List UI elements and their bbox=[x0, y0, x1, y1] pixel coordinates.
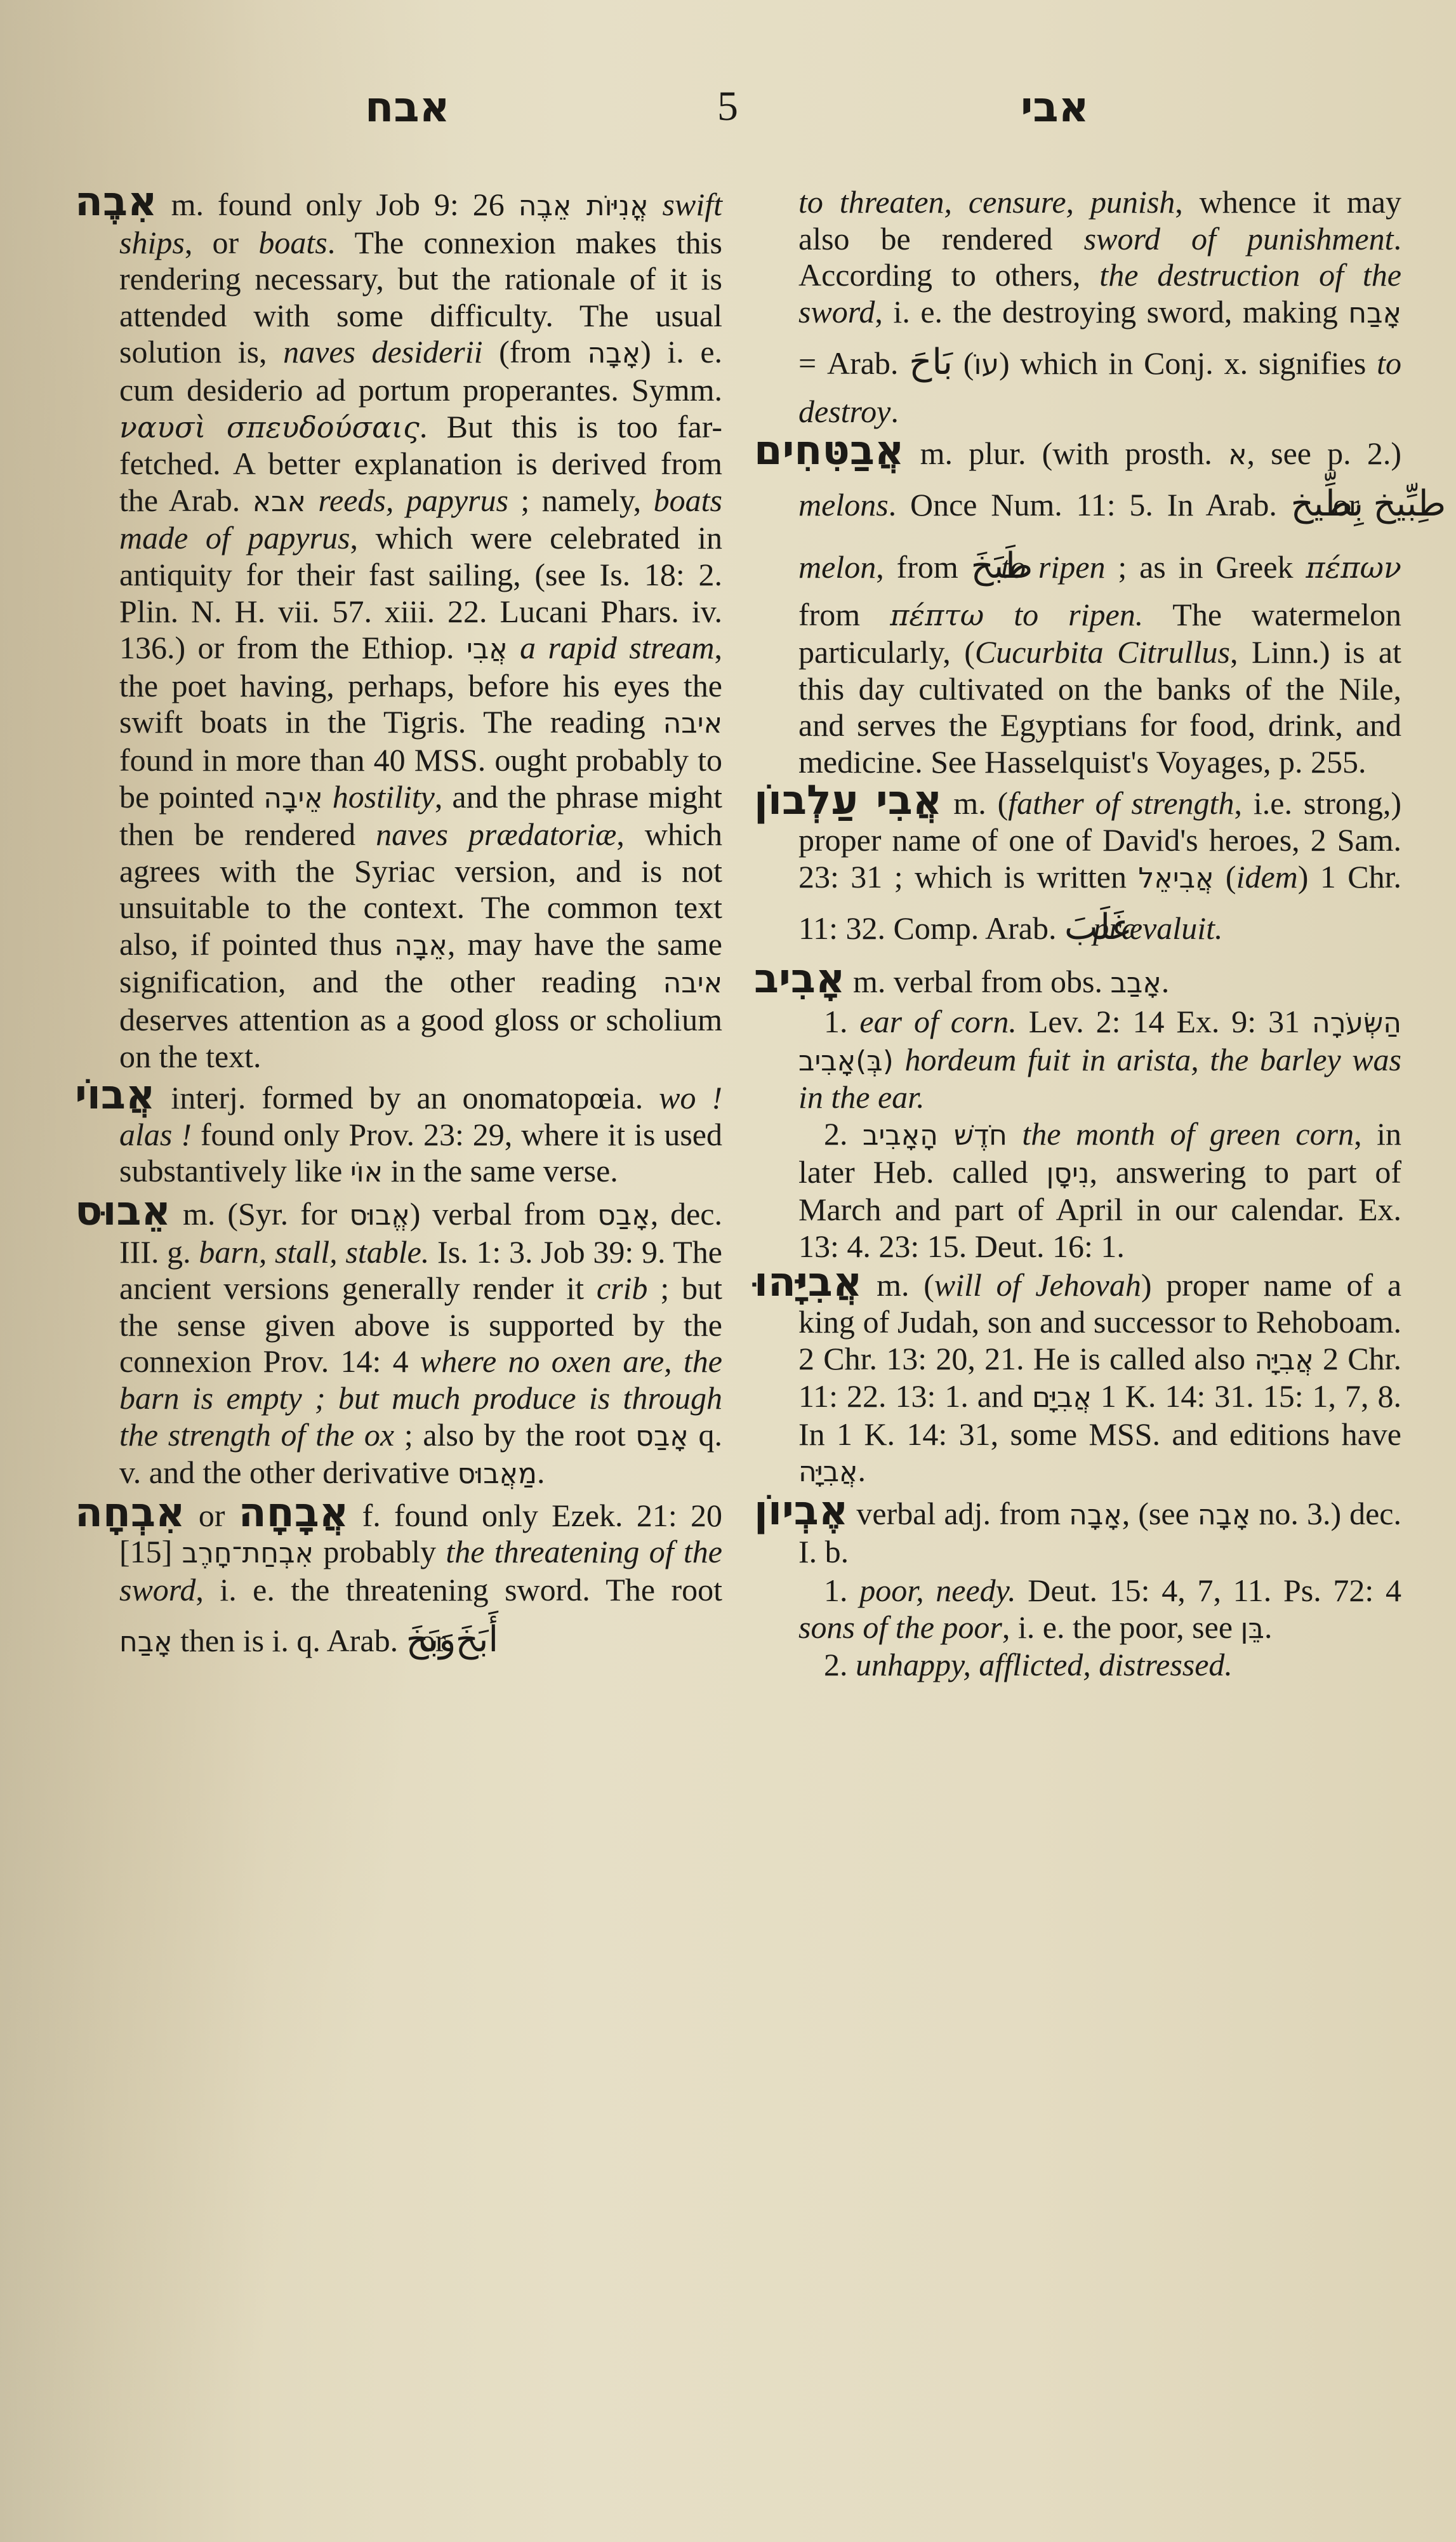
dictionary-entry: אֶבְיוֹן verbal adj. from אָבָה, (see אָ… bbox=[754, 1493, 1401, 1570]
entry-text: (from bbox=[483, 334, 588, 369]
hebrew-word: מַאֲבוּס bbox=[458, 1458, 537, 1490]
hebrew-word: איבה bbox=[663, 967, 722, 999]
hebrew-word: אָבַב bbox=[1110, 967, 1161, 999]
entry-text: . bbox=[1161, 964, 1170, 999]
italic-gloss: melons bbox=[798, 487, 889, 522]
italic-gloss: Cucurbita Citrullus bbox=[975, 634, 1230, 670]
hebrew-word: אֲבִיאֵל bbox=[1138, 862, 1214, 895]
dictionary-entry: אֲבוֹי interj. formed by an onomatopœia.… bbox=[75, 1077, 722, 1191]
italic-gloss: melon bbox=[798, 549, 876, 585]
italic-gloss: idem bbox=[1236, 859, 1298, 895]
entry-text: ) verbal from bbox=[410, 1196, 598, 1232]
hebrew-word: אֲבִיָּה bbox=[1254, 1344, 1313, 1376]
entry-text: m. verbal from obs. bbox=[845, 964, 1111, 999]
italic-gloss: will of Jehovah bbox=[934, 1267, 1141, 1303]
entry-text: 1. bbox=[824, 1573, 859, 1608]
hebrew-word: אֲבִי bbox=[467, 633, 508, 665]
entry-text: . bbox=[1264, 1609, 1273, 1645]
hebrew-word: אֵבָה bbox=[394, 929, 447, 962]
entry-text: , see p. 2.) bbox=[1247, 436, 1401, 471]
greek-word: πέπων bbox=[1306, 550, 1401, 585]
hebrew-word: עוֹ bbox=[974, 349, 999, 381]
headword: אֶבְיוֹן bbox=[754, 1487, 848, 1534]
entry-text: ; as in Greek bbox=[1105, 549, 1306, 585]
entry-text: m. (Syr. for bbox=[171, 1196, 349, 1232]
entry-text: ( bbox=[953, 345, 974, 381]
italic-gloss: to threaten, censure, punish bbox=[798, 184, 1175, 220]
italic-gloss: ear of corn. bbox=[859, 1004, 1016, 1039]
running-head: אבח 5 אבי bbox=[0, 83, 1456, 146]
arabic-word: بَاحَ bbox=[909, 331, 953, 394]
entry-text: , i. e. the destroying sword, making bbox=[875, 294, 1348, 329]
running-head-right: אבי bbox=[1021, 83, 1089, 131]
left-column: אִבֶה m. found only Job 9: 26 אֳנִיּוֹת … bbox=[75, 184, 722, 1673]
headword-variant: אֲבָחָה bbox=[239, 1489, 349, 1536]
italic-gloss: naves prædatoriæ bbox=[376, 816, 616, 852]
greek-word: ναυσὶ σπευδούσαις bbox=[119, 410, 420, 444]
hebrew-word: חֹדֶשׁ הָאָבִיב bbox=[863, 1119, 1007, 1152]
entry-text: m. ( bbox=[942, 785, 1008, 821]
hebrew-word: איבה bbox=[663, 707, 722, 740]
entry-text: ; namely, bbox=[508, 482, 654, 518]
entry-text: or bbox=[1319, 487, 1373, 522]
entry-text: . Once Num. 11: 5. In Arab. bbox=[889, 487, 1291, 522]
hebrew-word: אָבַס bbox=[597, 1199, 650, 1232]
hebrew-word: אָבַס bbox=[635, 1420, 688, 1453]
italic-gloss: naves desiderii bbox=[283, 334, 482, 369]
italic-gloss: hostility bbox=[323, 779, 435, 815]
dictionary-entry: אִבֶה m. found only Job 9: 26 אֳנִיּוֹת … bbox=[75, 184, 722, 1075]
dictionary-entry: אֵבוּס m. (Syr. for אֱבוּס) verbal from … bbox=[75, 1194, 722, 1493]
hebrew-word: נִיסָן bbox=[1046, 1157, 1089, 1190]
entry-text: , or bbox=[185, 225, 259, 260]
hebrew-word: בֵּן bbox=[1241, 1613, 1264, 1645]
entry-sense: 1. ear of corn. Lev. 2: 14 Ex. 9: 31 הַש… bbox=[754, 1004, 1401, 1116]
entry-text: = Arab. bbox=[798, 345, 909, 381]
entry-text: Deut. 15: 4, 7, 11. Ps. 72: 4 bbox=[1016, 1573, 1401, 1608]
entry-text: 2. bbox=[824, 1647, 856, 1682]
entry-text: or bbox=[185, 1498, 239, 1533]
dictionary-entry: אֲבִיָּהוּ m. (will of Jehovah) proper n… bbox=[754, 1265, 1401, 1491]
dictionary-entry: אֲבִי עַלְבוֹן m. (father of strength, i… bbox=[754, 783, 1401, 958]
hebrew-word: אָבַח bbox=[1348, 297, 1401, 329]
headword: אֵבוּס bbox=[75, 1188, 171, 1235]
italic-gloss: a rapid stream bbox=[508, 630, 715, 665]
entry-text: . bbox=[890, 394, 899, 429]
entry-text: interj. formed by an onomatopœia. bbox=[155, 1080, 659, 1115]
entry-sense: 1. poor, needy. Deut. 15: 4, 7, 11. Ps. … bbox=[754, 1573, 1401, 1647]
headword: אִבְחָה bbox=[75, 1489, 185, 1536]
entry-text: , i. e. the poor, see bbox=[1002, 1609, 1241, 1645]
italic-gloss: barn, stall, stable. bbox=[199, 1234, 429, 1270]
hebrew-word: אֱבוּס bbox=[349, 1199, 409, 1232]
italic-gloss: sons of the poor bbox=[798, 1609, 1002, 1645]
entry-text: , i. e. the threatening sword. The root bbox=[195, 1572, 722, 1607]
italic-gloss: prævaluit. bbox=[1085, 910, 1223, 946]
entry-text: m. found only Job 9: 26 bbox=[157, 187, 519, 222]
dictionary-entry: אָבִיב m. verbal from obs. אָבַב. bbox=[754, 961, 1401, 1002]
entry-text: 1. bbox=[824, 1004, 859, 1039]
italic-gloss: father of strength bbox=[1008, 785, 1234, 821]
hebrew-word: אֲבִיָּם bbox=[1032, 1381, 1092, 1414]
page-number: 5 bbox=[717, 83, 738, 131]
entry-text: in the same verse. bbox=[383, 1153, 618, 1188]
arabic-word: بِطِّيخ bbox=[1291, 473, 1320, 535]
arabic-word: طَبَخَ bbox=[971, 535, 989, 597]
headword: אֲבִיָּהוּ bbox=[754, 1259, 862, 1306]
entry-continuation: to threaten, censure, punish, whence it … bbox=[754, 184, 1401, 430]
arabic-word: طِبِّيخ bbox=[1373, 473, 1402, 535]
greek-word: πέπτω bbox=[890, 598, 984, 632]
italic-gloss: poor, needy. bbox=[859, 1573, 1016, 1608]
entry-text: m. plur. (with prosth. bbox=[904, 436, 1228, 471]
dictionary-entry: אִבְחָה or אֲבָחָה f. found only Ezek. 2… bbox=[75, 1495, 722, 1670]
entry-text: verbal adj. from bbox=[848, 1496, 1069, 1531]
headword: אָבִיב bbox=[754, 955, 845, 1002]
right-column: to threaten, censure, punish, whence it … bbox=[754, 184, 1401, 1684]
italic-gloss: boats bbox=[258, 225, 327, 260]
italic-gloss: reeds, papyrus bbox=[306, 482, 508, 518]
headword: אִבֶה bbox=[75, 178, 157, 225]
entry-text: from bbox=[798, 597, 890, 632]
entry-text: , (see bbox=[1122, 1496, 1198, 1531]
dictionary-entry: אֲבַטִּחִים m. plur. (with prosth. א, se… bbox=[754, 433, 1401, 781]
hebrew-word: אָבָה bbox=[588, 337, 641, 369]
hebrew-word: אָבָה bbox=[1069, 1499, 1122, 1531]
entry-text: . bbox=[857, 1453, 866, 1488]
italic-gloss: sword of punishment bbox=[1084, 221, 1394, 256]
hebrew-word: אוֹי bbox=[350, 1156, 383, 1188]
entry-text: probably bbox=[314, 1534, 446, 1569]
entry-text: 2. bbox=[824, 1116, 863, 1152]
entry-text: deserves attention as a good gloss or sc… bbox=[119, 1002, 722, 1074]
entry-sense: 2. unhappy, afflicted, distressed. bbox=[754, 1647, 1401, 1684]
arabic-word: غَلَبَ bbox=[1064, 896, 1085, 959]
hebrew-word: אָבַח bbox=[119, 1626, 173, 1658]
entry-text: m. ( bbox=[862, 1267, 934, 1303]
italic-gloss: unhappy, afflicted, distressed. bbox=[856, 1647, 1233, 1682]
italic-gloss: crib bbox=[597, 1270, 648, 1306]
entry-text: , from bbox=[876, 549, 970, 585]
entry-text: Lev. 2: 14 Ex. 9: 31 bbox=[1017, 1004, 1312, 1039]
entry-text: . bbox=[537, 1454, 545, 1490]
hebrew-word: אֲבִיָּה bbox=[798, 1456, 857, 1488]
headword: אֲבִי עַלְבוֹן bbox=[754, 777, 942, 824]
italic-gloss: the month of green corn bbox=[1007, 1116, 1354, 1152]
entry-text: then is i. q. Arab. bbox=[173, 1623, 406, 1658]
entry-text: ; also by the root bbox=[394, 1417, 635, 1453]
hebrew-word: א bbox=[1228, 439, 1247, 471]
hebrew-word: אֳנִיּוֹת אֵבֶה bbox=[519, 190, 649, 222]
running-head-left: אבח bbox=[365, 83, 450, 131]
hebrew-word: אָבָה bbox=[1198, 1499, 1251, 1531]
italic-gloss: to ripen bbox=[988, 549, 1105, 585]
italic-gloss: to ripen. bbox=[984, 597, 1143, 632]
entry-text: or bbox=[411, 1623, 454, 1658]
entry-sense: 2. חֹדֶשׁ הָאָבִיב the month of green co… bbox=[754, 1116, 1401, 1265]
headword: אֲבוֹי bbox=[75, 1072, 155, 1119]
headword: אֲבַטִּחִים bbox=[754, 427, 904, 474]
hebrew-word: אבא bbox=[253, 486, 306, 518]
entry-text: ) which in Conj. x. signifies bbox=[999, 345, 1377, 381]
hebrew-word: אִבְחַת־חָרֶב bbox=[182, 1537, 314, 1569]
entry-text: ( bbox=[1214, 859, 1236, 895]
hebrew-word: אֵיבָה bbox=[263, 782, 322, 815]
